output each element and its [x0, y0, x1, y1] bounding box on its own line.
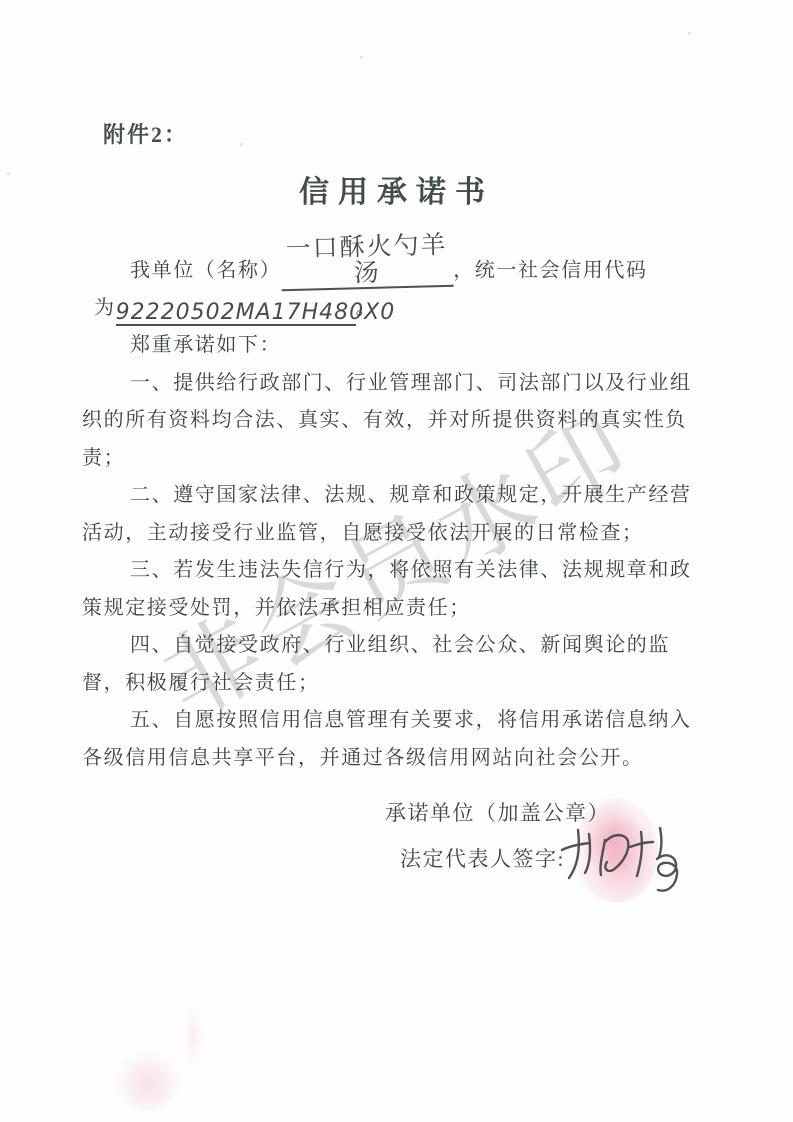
clause-1: 一、提供给行政部门、行业管理部门、司法部门以及行业组织的所有资料均合法、真实、有…	[82, 365, 695, 478]
legal-representative-signature-label: 法定代表人签字:	[400, 843, 565, 873]
scan-speckle	[360, 56, 363, 59]
clause-2: 二、遵守国家法律、法规、规章和政策规定，开展生产经营活动，主动接受行业监管，自愿…	[82, 477, 695, 552]
ink-smudge-wisp	[185, 1005, 201, 1065]
intro-line2-prefix: 为	[94, 297, 116, 319]
clause-5: 五、自愿按照信用信息管理有关要求，将信用承诺信息纳入各级信用信息共享平台，并通过…	[82, 702, 695, 777]
scanned-document-page: 非会员水印 附件2： 信用承诺书 我单位（名称）一口酥火勺羊汤，统一社会信用代码…	[0, 0, 793, 1122]
scan-speckle	[240, 143, 243, 146]
company-name-handwritten: 一口酥火勺羊汤	[281, 232, 454, 291]
handwritten-signature-icon	[552, 810, 696, 904]
document-body: 我单位（名称）一口酥火勺羊汤，统一社会信用代码 为92220502MA17H48…	[82, 234, 695, 777]
intro-line2-suffix: 。	[356, 297, 378, 319]
intro-line1-prefix: 我单位（名称）	[130, 259, 281, 281]
clause-3: 三、若发生违法失信行为，将依照有关法律、法规规章和政策规定接受处罚，并依法承担相…	[82, 552, 695, 627]
intro-line1-suffix: ，统一社会信用代码	[453, 259, 647, 281]
attachment-label: 附件2：	[103, 118, 188, 149]
credit-code-handwritten: 92220502MA17H480X0	[116, 301, 356, 326]
intro-line-1: 我单位（名称）一口酥火勺羊汤，统一社会信用代码	[82, 234, 695, 290]
document-title: 信用承诺书	[0, 167, 793, 211]
intro-line-2: 为92220502MA17H480X0。	[82, 290, 695, 328]
ink-smudge	[116, 1052, 180, 1110]
pledge-heading: 郑重承诺如下：	[82, 327, 695, 365]
scan-speckle	[688, 32, 691, 35]
clause-4: 四、自觉接受政府、行业组织、社会公众、新闻舆论的监督，积极履行社会责任；	[82, 627, 695, 702]
